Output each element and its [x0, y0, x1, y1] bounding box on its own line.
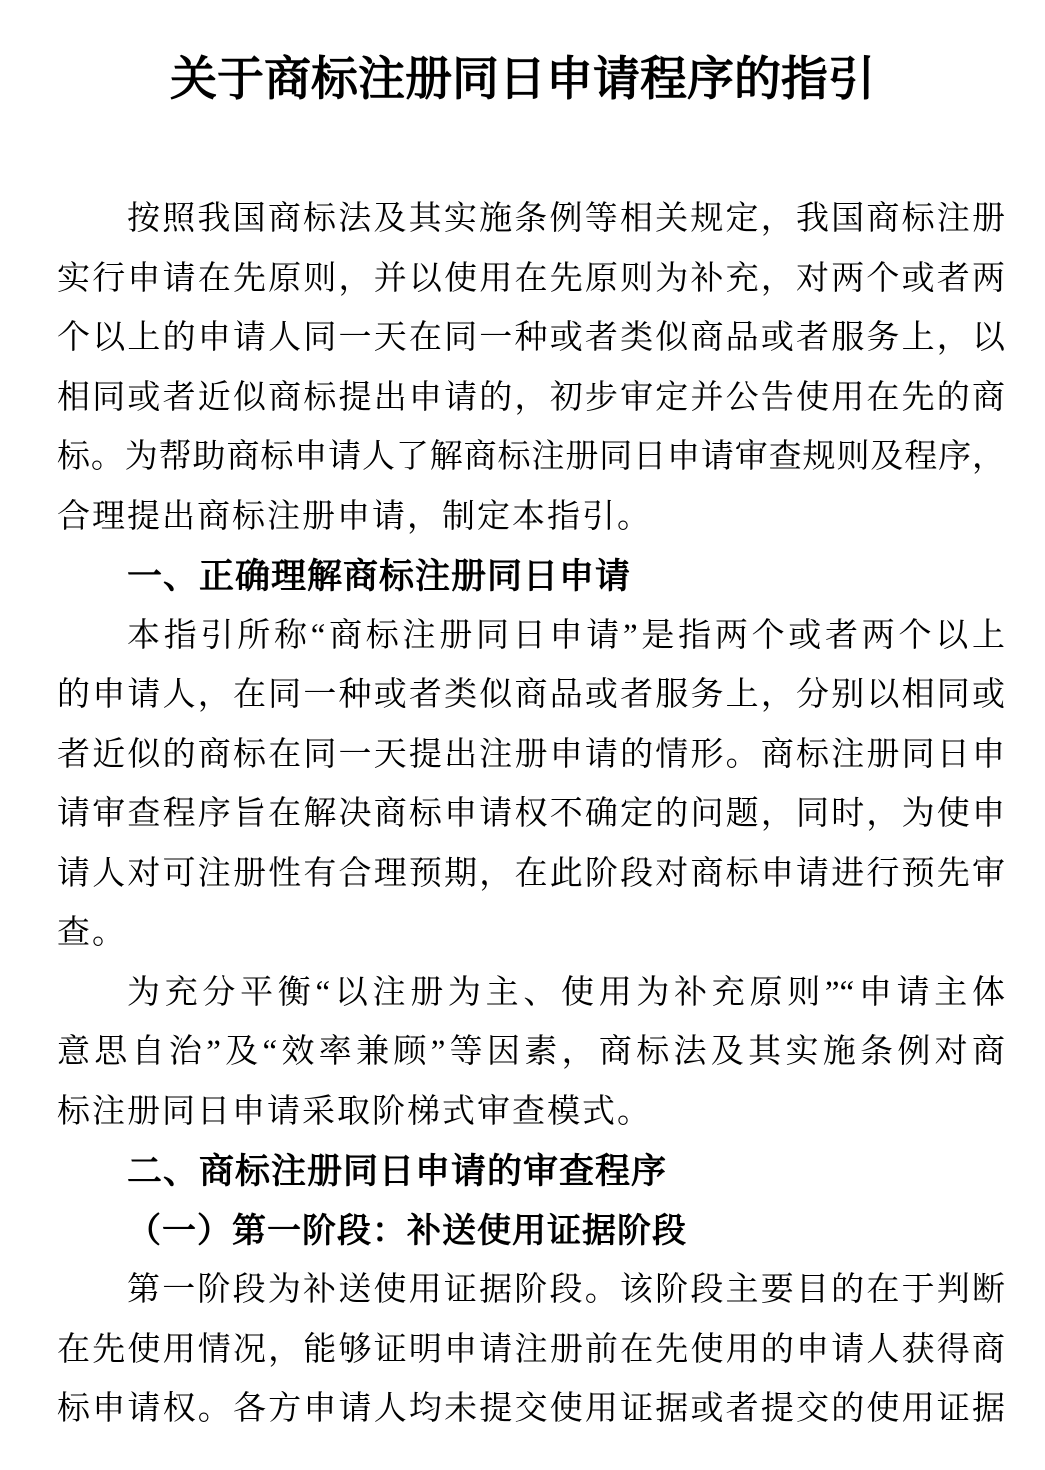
paragraph: 本指引所称“商标注册同日申请”是指两个或者两个以上的申请人，在同一种或者类似商品… — [57, 607, 1005, 964]
text-line: 的申请人，在同一种或者类似商品或者服务上，分别以相同或 — [57, 666, 1005, 726]
text-line: 在先使用情况，能够证明申请注册前在先使用的申请人获得商 — [57, 1321, 1005, 1381]
document-page: 关于商标注册同日申请程序的指引 按照我国商标法及其实施条例等相关规定，我国商标注… — [0, 0, 1045, 1470]
document-title: 关于商标注册同日申请程序的指引 — [40, 40, 1005, 120]
text-line: 为充分平衡“以注册为主、使用为补充原则”“申请主体 — [57, 964, 1005, 1024]
paragraph: 按照我国商标法及其实施条例等相关规定，我国商标注册实行申请在先原则，并以使用在先… — [57, 190, 1005, 547]
paragraph: 第一阶段为补送使用证据阶段。该阶段主要目的在于判断在先使用情况，能够证明申请注册… — [57, 1261, 1005, 1440]
paragraph: 为充分平衡“以注册为主、使用为补充原则”“申请主体意思自治”及“效率兼顾”等因素… — [57, 964, 1005, 1143]
text-line: 合理提出商标注册申请，制定本指引。 — [57, 488, 1005, 548]
text-line: 相同或者近似商标提出申请的，初步审定并公告使用在先的商 — [57, 369, 1005, 429]
text-line: 者近似的商标在同一天提出注册申请的情形。商标注册同日申 — [57, 726, 1005, 786]
text-line: 实行申请在先原则，并以使用在先原则为补充，对两个或者两 — [57, 250, 1005, 310]
heading-main: 一、正确理解商标注册同日申请 — [57, 547, 1005, 607]
text-line: 请审查程序旨在解决商标申请权不确定的问题，同时，为使申 — [57, 785, 1005, 845]
text-line: 标申请权。各方申请人均未提交使用证据或者提交的使用证据 — [57, 1380, 1005, 1440]
text-line: 意思自治”及“效率兼顾”等因素，商标法及其实施条例对商 — [57, 1023, 1005, 1083]
document-body: 按照我国商标法及其实施条例等相关规定，我国商标注册实行申请在先原则，并以使用在先… — [57, 190, 1005, 1440]
text-line: 标。为帮助商标申请人了解商标注册同日申请审查规则及程序， — [57, 428, 1005, 488]
text-line: 查。 — [57, 904, 1005, 964]
text-line: 个以上的申请人同一天在同一种或者类似商品或者服务上，以 — [57, 309, 1005, 369]
heading-main: 二、商标注册同日申请的审查程序 — [57, 1142, 1005, 1202]
text-line: 标注册同日申请采取阶梯式审查模式。 — [57, 1083, 1005, 1143]
text-line: 本指引所称“商标注册同日申请”是指两个或者两个以上 — [57, 607, 1005, 667]
heading-sub: （一）第一阶段：补送使用证据阶段 — [57, 1202, 1005, 1262]
text-line: 第一阶段为补送使用证据阶段。该阶段主要目的在于判断 — [57, 1261, 1005, 1321]
text-line: 请人对可注册性有合理预期，在此阶段对商标申请进行预先审 — [57, 845, 1005, 905]
text-line: 按照我国商标法及其实施条例等相关规定，我国商标注册 — [57, 190, 1005, 250]
